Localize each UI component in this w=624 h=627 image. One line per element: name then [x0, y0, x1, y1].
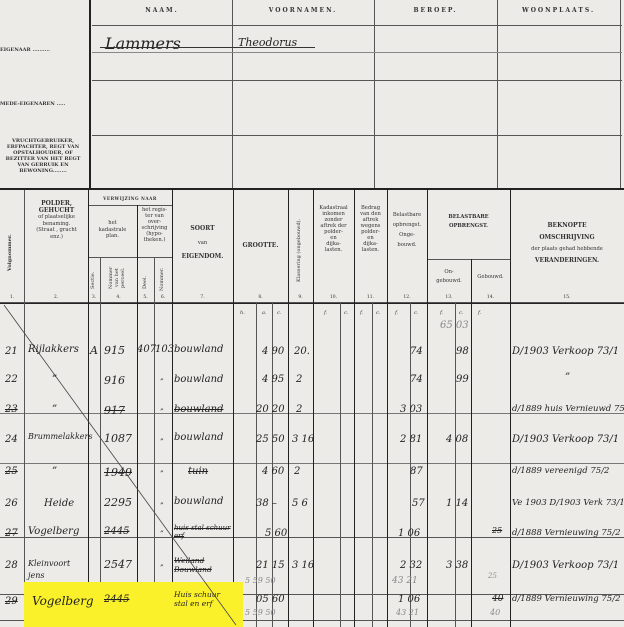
col-polder-header: POLDER, GEHUCHT of plaatselijke benaming… [25, 201, 88, 240]
col-woonplaats-header: WOONPLAATS. [497, 7, 620, 14]
owner-divider [89, 0, 91, 188]
row-label-mede-eigenaren: MEDE-EIGENAREN ..... [0, 101, 88, 107]
col-ongebouwd-header: On- gebouwd. [427, 268, 471, 286]
verwijzing-naar-header: VERWIJZING NAAR [88, 196, 172, 203]
register-header: het regis- ter van over- schrijving (hyp… [137, 207, 172, 243]
carry-over-value: 65 03 [440, 320, 469, 331]
owner-naam: Lammers [105, 34, 181, 53]
col-soort-header: SOORT van EIGENDOM. [172, 222, 233, 264]
row-label-eigenaar: EIGENAAR .......... [0, 47, 88, 53]
col-volgnommer-header: Volgnommer. [7, 215, 13, 290]
col-voornamen-header: VOORNAMEN. [232, 7, 374, 14]
col-klassering-header: Klassering (ongebouwd). [296, 205, 302, 295]
col-naam-header: NAAM. [92, 7, 232, 14]
col-sectie-header: Sectie. [90, 268, 96, 292]
col-nommer-header: Nommer. [159, 266, 165, 292]
row-label-vruchtgebruiker: VRUCHTGEBRUIKER, ERFPACHTER, REGT VAN OP… [0, 138, 86, 174]
col-kadastraal-inkomen-header: Kadastraal inkomen zonder aftrek der pol… [313, 205, 354, 253]
col-belastbare-opbrengst-ongebouwd-header: Belastbare opbrengst. Onge- bouwd. [387, 210, 427, 250]
col-bedrag-aftrek-header: Bedrag van den aftrek wegens polder- en … [354, 205, 387, 253]
col-perceel-header: Nommer van het perceel. [108, 262, 130, 294]
col-veranderingen-header: BEKNOPTE OMSCHRIJVING der plaats gehad h… [510, 220, 624, 267]
ledger-page: NAAM. VOORNAMEN. BEROEP. WOONPLAATS. EIG… [0, 0, 624, 627]
col-deel-header: Deel. [142, 272, 148, 292]
col-grootte-header: GROOTTE. [233, 243, 288, 250]
col-beroep-header: BEROEP. [374, 7, 497, 14]
col-gebouwd-header: Gebouwd. [471, 274, 510, 281]
belastbare-opbrengst-header: BELASTBARE OPBRENGST. [427, 213, 510, 231]
kadastrale-plan-header: het kadastrale plan. [88, 220, 137, 240]
